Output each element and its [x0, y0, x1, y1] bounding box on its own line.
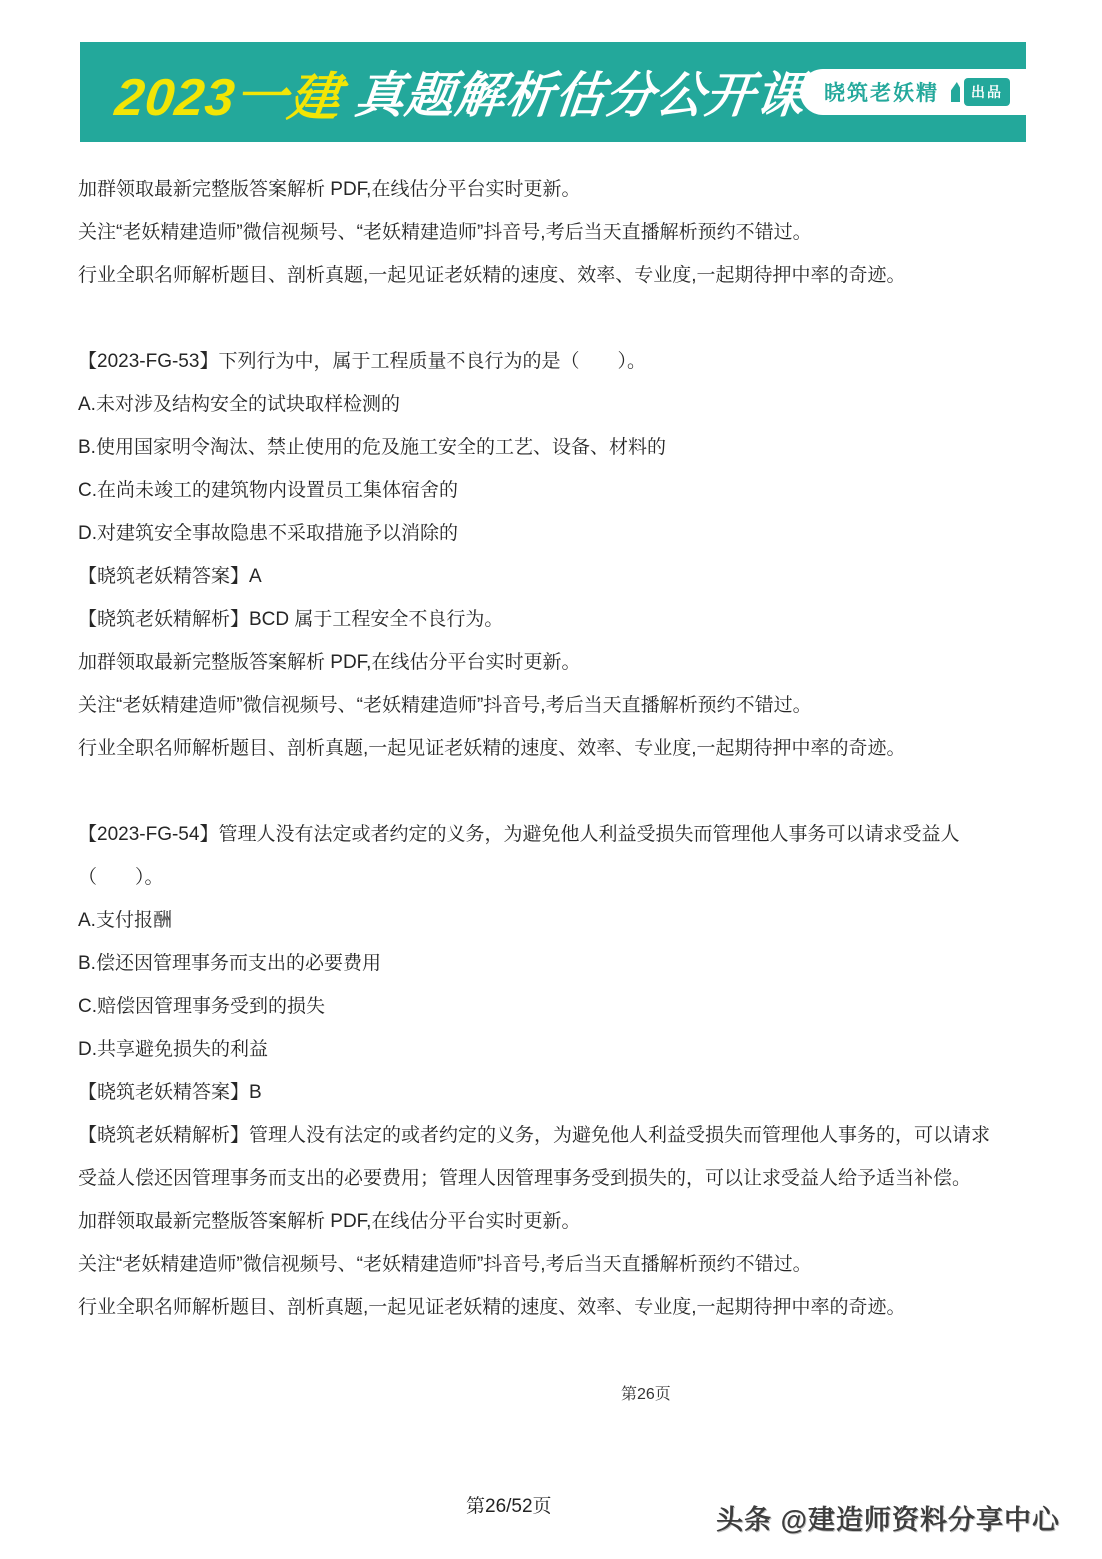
- option-line: D.对建筑安全事故隐患不采取措施予以消除的: [78, 512, 1024, 555]
- brand-logo-pill: 晓筑老妖精 出品: [800, 69, 1026, 115]
- page-progress: 第26/52页: [466, 1491, 552, 1518]
- option-line: C.在尚未竣工的建筑物内设置员工集体宿舍的: [78, 469, 1024, 512]
- option-line: C.赔偿因管理事务受到的损失: [78, 985, 1024, 1028]
- promo-line: 行业全职名师解析题目、剖析真题,一起见证老妖精的速度、效率、专业度,一起期待押中…: [78, 1286, 1024, 1329]
- header-banner: 2023一建 真题解析估分公开课 晓筑老妖精 出品: [80, 42, 1026, 142]
- analysis-line: 【晓筑老妖精解析】管理人没有法定的或者约定的义务，为避免他人利益受损失而管理他人…: [78, 1114, 1024, 1157]
- banner-title-text: 真题解析估分公开课: [352, 57, 809, 127]
- brand-badge: 出品: [964, 78, 1010, 106]
- intro-section: 加群领取最新完整版答案解析 PDF,在线估分平台实时更新。 关注“老妖精建造师”…: [78, 168, 1024, 297]
- option-line: D.共享避免损失的利益: [78, 1028, 1024, 1071]
- analysis-line: 【晓筑老妖精解析】BCD 属于工程安全不良行为。: [78, 598, 1024, 641]
- watermark: 头条 @建造师资料分享中心: [716, 1498, 1060, 1537]
- document-body: 加群领取最新完整版答案解析 PDF,在线估分平台实时更新。 关注“老妖精建造师”…: [78, 168, 1024, 1329]
- answer-line: 【晓筑老妖精答案】B: [78, 1071, 1024, 1114]
- question-heading: 【2023-FG-54】管理人没有法定或者约定的义务，为避免他人利益受损失而管理…: [78, 813, 1024, 856]
- promo-line: 行业全职名师解析题目、剖析真题,一起见证老妖精的速度、效率、专业度,一起期待押中…: [78, 727, 1024, 770]
- question-54: 【2023-FG-54】管理人没有法定或者约定的义务，为避免他人利益受损失而管理…: [78, 813, 1024, 1329]
- promo-line: 行业全职名师解析题目、剖析真题,一起见证老妖精的速度、效率、专业度,一起期待押中…: [78, 254, 1024, 297]
- promo-line: 加群领取最新完整版答案解析 PDF,在线估分平台实时更新。: [78, 168, 1024, 211]
- question-heading-continued: （ ）。: [78, 856, 1024, 899]
- option-line: A.支付报酬: [78, 899, 1024, 942]
- answer-line: 【晓筑老妖精答案】A: [78, 555, 1024, 598]
- promo-line: 关注“老妖精建造师”微信视频号、“老妖精建造师”抖音号,考后当天直播解析预约不错…: [78, 684, 1024, 727]
- banner-title-year: 2023一建: [112, 55, 360, 130]
- document-page: 2023一建 真题解析估分公开课 晓筑老妖精 出品 加群领取最新完整版答案解析 …: [0, 0, 1102, 1559]
- flame-icon: [951, 82, 960, 102]
- brand-name: 晓筑老妖精: [824, 77, 939, 107]
- analysis-line-continued: 受益人偿还因管理事务而支出的必要费用；管理人因管理事务受到损失的，可以让求受益人…: [78, 1157, 1024, 1200]
- option-line: B.偿还因管理事务而支出的必要费用: [78, 942, 1024, 985]
- option-line: B.使用国家明令淘汰、禁止使用的危及施工安全的工艺、设备、材料的: [78, 426, 1024, 469]
- promo-line: 关注“老妖精建造师”微信视频号、“老妖精建造师”抖音号,考后当天直播解析预约不错…: [78, 1243, 1024, 1286]
- promo-line: 关注“老妖精建造师”微信视频号、“老妖精建造师”抖音号,考后当天直播解析预约不错…: [78, 211, 1024, 254]
- banner-title: 2023一建 真题解析估分公开课: [111, 42, 811, 142]
- promo-line: 加群领取最新完整版答案解析 PDF,在线估分平台实时更新。: [78, 641, 1024, 684]
- option-line: A.未对涉及结构安全的试块取样检测的: [78, 383, 1024, 426]
- question-heading: 【2023-FG-53】下列行为中，属于工程质量不良行为的是（ ）。: [78, 340, 1024, 383]
- page-number: 第26页: [621, 1381, 671, 1404]
- question-53: 【2023-FG-53】下列行为中，属于工程质量不良行为的是（ ）。 A.未对涉…: [78, 340, 1024, 770]
- promo-line: 加群领取最新完整版答案解析 PDF,在线估分平台实时更新。: [78, 1200, 1024, 1243]
